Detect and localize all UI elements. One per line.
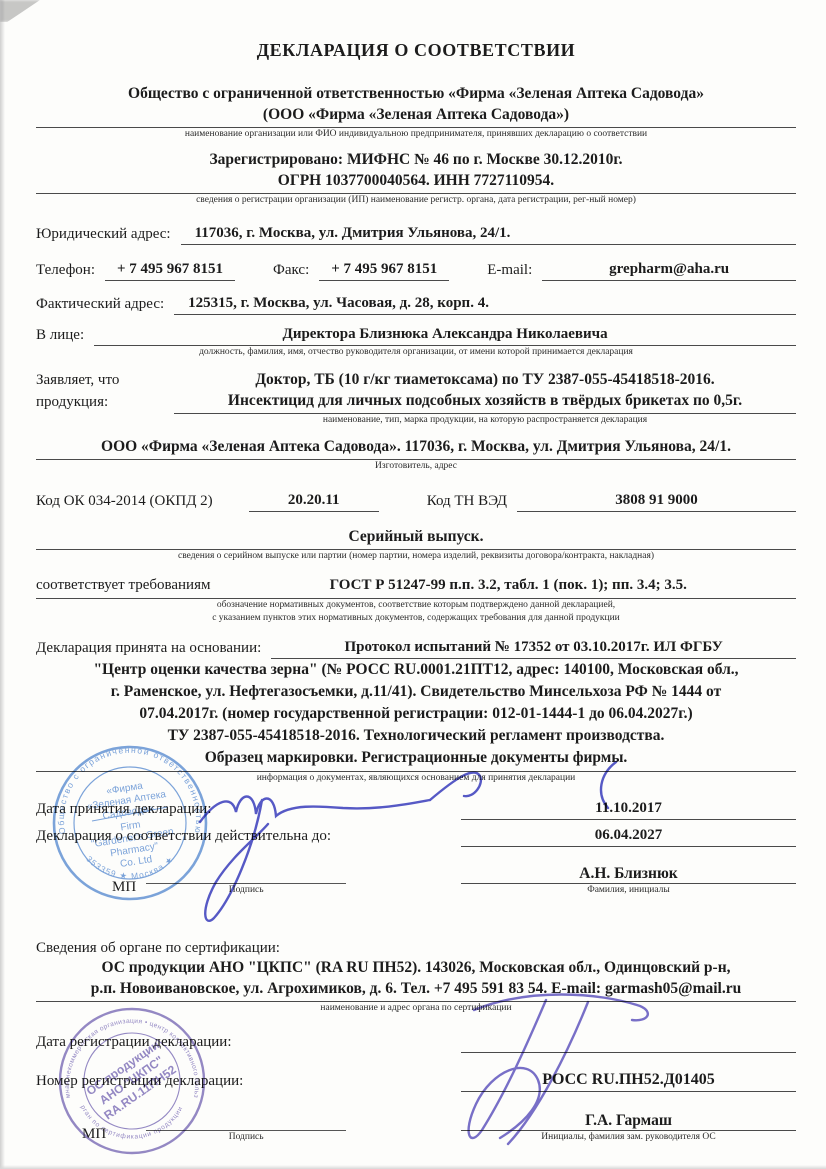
product-label-line1: Заявляет, что [36, 372, 119, 388]
basis-line2: "Центр оценки качества зерна" (№ РОСС RU… [36, 659, 796, 681]
fax-label: Факс: [273, 259, 319, 281]
registered-line: Зарегистрировано: МИФНС № 46 по г. Москв… [36, 149, 796, 170]
okpd-label: Код ОК 034-2014 (ОКПД 2) [36, 490, 223, 512]
representative-label: В лице: [36, 324, 94, 346]
representative-value: Директора Близнюка Александра Николаевич… [94, 323, 796, 346]
manufacturer-caption: Изготовитель, адрес [36, 460, 796, 473]
product-label: Заявляет, что продукция: [36, 369, 174, 413]
actual-address-label: Фактический адрес: [36, 293, 174, 315]
representative-caption: должность, фамилия, имя, отчество руково… [36, 346, 796, 359]
compliance-block: соответствует требованиям ГОСТ Р 51247-9… [36, 574, 796, 624]
scan-edge-left [0, 0, 5, 1169]
manufacturer-line: ООО «Фирма «Зеленая Аптека Садовода». 11… [36, 436, 796, 460]
contacts-row: Телефон: + 7 495 967 8151 Факс: + 7 495 … [36, 258, 796, 281]
compliance-value: ГОСТ Р 51247-99 п.п. 3.2, табл. 1 (пок. … [220, 574, 796, 596]
actual-address-row: Фактический адрес: 125315, г. Москва, ул… [36, 292, 796, 315]
legal-address-row: Юридический адрес: 117036, г. Москва, ул… [36, 222, 796, 245]
product-line2: Инсектицид для личных подсобных хозяйств… [174, 390, 796, 411]
phone-value: + 7 495 967 8151 [105, 258, 235, 281]
cert-body-stamp-icon: Автономная некоммерческая организация • … [56, 1005, 208, 1157]
declarant-name-short: (ООО «Фирма «Зеленая Аптека Садовода») [36, 104, 796, 125]
serial-caption: сведения о серийном выпуске или партии (… [36, 550, 796, 563]
product-block: Заявляет, что продукция: Доктор, ТБ (10 … [36, 369, 796, 427]
serial-line: Серийный выпуск. [36, 526, 796, 550]
basis-line3: г. Раменское, ул. Нефтегазосъемки, д.11/… [36, 681, 796, 703]
manufacturer-block: ООО «Фирма «Зеленая Аптека Садовода». 11… [36, 436, 796, 473]
compliance-label: соответствует требованиям [36, 574, 220, 596]
ogrn-inn-line: ОГРН 1037700040564. ИНН 7727110954. [36, 170, 796, 191]
declaration-document: ДЕКЛАРАЦИЯ О СООТВЕТСТВИИ Общество с огр… [0, 0, 826, 1169]
scan-edge-bottom [0, 1165, 826, 1169]
fax-value: + 7 495 967 8151 [319, 258, 449, 281]
tnved-label: Код ТН ВЭД [427, 490, 517, 512]
representative-block: В лице: Директора Близнюка Александра Ни… [36, 323, 796, 359]
serial-block: Серийный выпуск. сведения о серийном вып… [36, 526, 796, 563]
product-label-line2: продукция: [36, 394, 108, 410]
registration-info-block: Зарегистрировано: МИФНС № 46 по г. Москв… [36, 149, 796, 207]
director-signature-ink [168, 748, 638, 938]
email-value: grepharm@aha.ru [542, 258, 796, 281]
basis-line1: Протокол испытаний № 17352 от 03.10.2017… [271, 636, 796, 659]
compliance-caption-2: с указанием пунктов этих нормативных док… [36, 612, 796, 625]
declarant-name: Общество с ограниченной ответственностью… [36, 83, 796, 104]
registration-info-caption: сведения о регистрации организации (ИП) … [36, 194, 796, 207]
tnved-value: 3808 91 9000 [517, 489, 796, 512]
product-caption: наименование, тип, марка продукции, на к… [174, 414, 796, 427]
legal-address-label: Юридический адрес: [36, 223, 181, 245]
legal-address-value: 117036, г. Москва, ул. Дмитрия Ульянова,… [181, 222, 796, 245]
okpd-value: 20.20.11 [249, 489, 379, 512]
basis-label: Декларация принята на основании: [36, 637, 271, 659]
phone-label: Телефон: [36, 259, 105, 281]
product-line1: Доктор, ТБ (10 г/кг тиаметоксама) по ТУ … [174, 369, 796, 390]
declarant-name-block: Общество с ограниченной ответственностью… [36, 83, 796, 141]
deputy-signature-ink [378, 972, 668, 1152]
basis-line4: 07.04.2017г. (номер государственной реги… [36, 703, 796, 725]
declarant-name-caption: наименование организации или ФИО индивид… [36, 128, 796, 141]
compliance-caption-1: обозначение нормативных документов, соот… [36, 599, 796, 612]
page-title: ДЕКЛАРАЦИЯ О СООТВЕТСТВИИ [36, 40, 796, 61]
actual-address-value: 125315, г. Москва, ул. Часовая, д. 28, к… [174, 292, 796, 315]
codes-row: Код ОК 034-2014 (ОКПД 2) 20.20.11 Код ТН… [36, 489, 796, 512]
cert-body-label: Сведения об органе по сертификации: [36, 940, 796, 957]
email-label: E-mail: [487, 259, 542, 281]
